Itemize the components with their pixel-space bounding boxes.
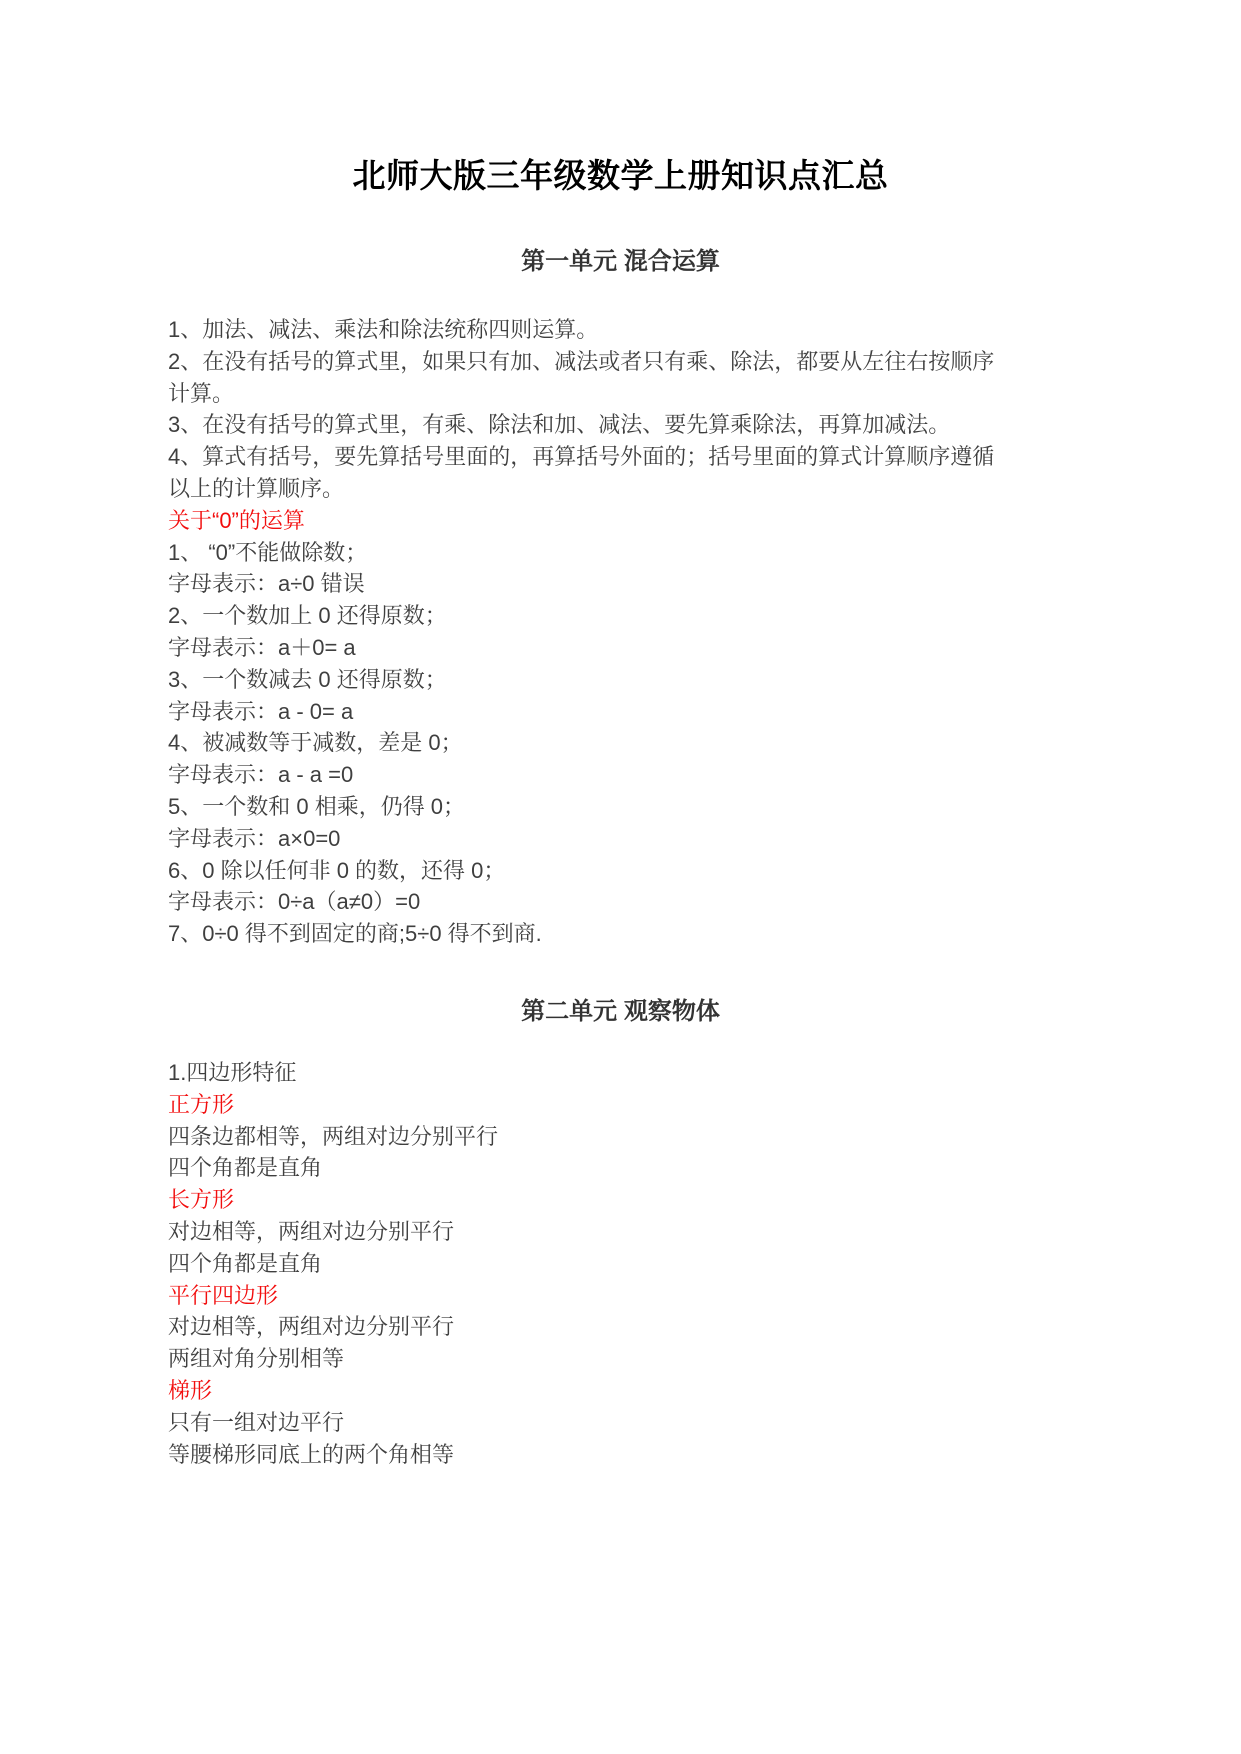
text-line: 1、 “0”不能做除数； — [168, 537, 1073, 569]
text-line: 字母表示：a×0=0 — [168, 823, 1073, 855]
highlighted-text-line: 梯形 — [168, 1375, 1073, 1407]
text-line: 字母表示：a＋0= a — [168, 632, 1073, 664]
section-body: 1.四边形特征正方形四条边都相等，两组对边分别平行四个角都是直角长方形对边相等，… — [168, 1057, 1073, 1470]
text-line: 字母表示：a - a =0 — [168, 759, 1073, 791]
highlighted-text-line: 正方形 — [168, 1089, 1073, 1121]
highlighted-text-line: 平行四边形 — [168, 1280, 1073, 1312]
text-line: 5、一个数和 0 相乘，仍得 0； — [168, 791, 1073, 823]
text-line: 四个角都是直角 — [168, 1248, 1073, 1280]
text-line: 3、一个数减去 0 还得原数； — [168, 664, 1073, 696]
text-line: 7、0÷0 得不到固定的商;5÷0 得不到商. — [168, 918, 1073, 950]
document-section: 第一单元 混合运算1、加法、减法、乘法和除法统称四则运算。2、在没有括号的算式里… — [168, 247, 1073, 950]
text-line: 只有一组对边平行 — [168, 1407, 1073, 1439]
text-line: 6、0 除以任何非 0 的数，还得 0； — [168, 855, 1073, 887]
text-line: 字母表示：0÷a（a≠0）=0 — [168, 886, 1073, 918]
text-line: 以上的计算顺序。 — [168, 473, 1073, 505]
text-line: 4、被减数等于减数，差是 0； — [168, 727, 1073, 759]
text-line: 字母表示：a÷0 错误 — [168, 568, 1073, 600]
section-body: 1、加法、减法、乘法和除法统称四则运算。2、在没有括号的算式里，如果只有加、减法… — [168, 314, 1073, 950]
text-line: 等腰梯形同底上的两个角相等 — [168, 1439, 1073, 1471]
section-heading: 第一单元 混合运算 — [168, 247, 1073, 277]
document-title: 北师大版三年级数学上册知识点汇总 — [168, 0, 1073, 195]
text-line: 2、在没有括号的算式里，如果只有加、减法或者只有乘、除法，都要从左往右按顺序 — [168, 346, 1073, 378]
text-line: 四个角都是直角 — [168, 1152, 1073, 1184]
text-line: 1、加法、减法、乘法和除法统称四则运算。 — [168, 314, 1073, 346]
text-line: 计算。 — [168, 378, 1073, 410]
highlighted-text-line: 长方形 — [168, 1184, 1073, 1216]
text-line: 四条边都相等，两组对边分别平行 — [168, 1121, 1073, 1153]
text-line: 4、算式有括号，要先算括号里面的，再算括号外面的；括号里面的算式计算顺序遵循 — [168, 441, 1073, 473]
text-line: 2、一个数加上 0 还得原数； — [168, 600, 1073, 632]
text-line: 3、在没有括号的算式里，有乘、除法和加、减法、要先算乘除法，再算加减法。 — [168, 409, 1073, 441]
document-content: 北师大版三年级数学上册知识点汇总 第一单元 混合运算1、加法、减法、乘法和除法统… — [0, 0, 1241, 1470]
text-line: 字母表示：a - 0= a — [168, 696, 1073, 728]
text-line: 对边相等，两组对边分别平行 — [168, 1216, 1073, 1248]
text-line: 对边相等，两组对边分别平行 — [168, 1311, 1073, 1343]
section-heading: 第二单元 观察物体 — [168, 997, 1073, 1027]
text-line: 1.四边形特征 — [168, 1057, 1073, 1089]
highlighted-text-line: 关于“0”的运算 — [168, 505, 1073, 537]
document-page: 北师大版三年级数学上册知识点汇总 第一单元 混合运算1、加法、减法、乘法和除法统… — [0, 0, 1241, 1754]
text-line: 两组对角分别相等 — [168, 1343, 1073, 1375]
document-section: 第二单元 观察物体1.四边形特征正方形四条边都相等，两组对边分别平行四个角都是直… — [168, 997, 1073, 1470]
document-sections: 第一单元 混合运算1、加法、减法、乘法和除法统称四则运算。2、在没有括号的算式里… — [168, 247, 1073, 1470]
